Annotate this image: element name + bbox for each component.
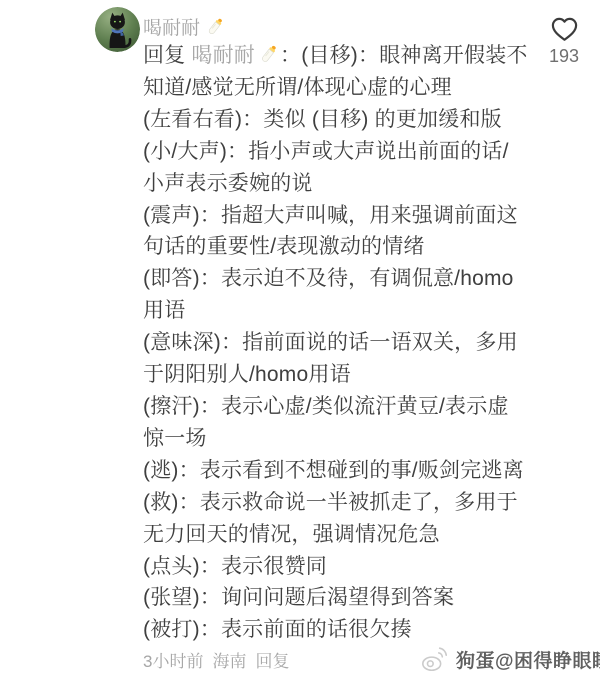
reply-button[interactable]: 回复 xyxy=(255,647,289,672)
watermark: 狗蛋@困得睁眼睡觉 xyxy=(419,644,600,674)
username[interactable]: 喝耐耐 xyxy=(143,13,200,40)
comment-body: ：(目移)：眼神离开假装不 知道/感觉无所谓/体现心虚的心理 (左看右看)：类似… xyxy=(143,44,528,641)
reply-prefix-label: 回复 xyxy=(143,44,185,67)
comment-text: 回复喝耐耐 ：(目移)：眼神离开假装不 知道/感觉无所谓/体现心虚的心理 (左看… xyxy=(143,40,579,646)
black-cat-avatar-image xyxy=(95,7,140,52)
avatar[interactable] xyxy=(95,7,140,52)
location: 海南 xyxy=(212,647,246,672)
comment-meta-row: 3小时前 海南 回复 xyxy=(143,647,289,672)
comment-page: 喝耐耐 193 回复喝耐耐 ：(目移)：眼神离开假装不 知道/感觉无所谓/体现心… xyxy=(0,0,600,680)
heart-like-icon[interactable] xyxy=(548,13,581,43)
timestamp: 3小时前 xyxy=(143,647,203,672)
baby-bottle-emoji xyxy=(257,43,280,66)
username-row: 喝耐耐 xyxy=(143,13,226,40)
weibo-logo-icon xyxy=(419,644,451,674)
watermark-text: 狗蛋@困得睁眼睡觉 xyxy=(456,646,600,673)
baby-bottle-emoji xyxy=(204,16,226,38)
reply-to-username[interactable]: 喝耐耐 xyxy=(191,44,255,67)
